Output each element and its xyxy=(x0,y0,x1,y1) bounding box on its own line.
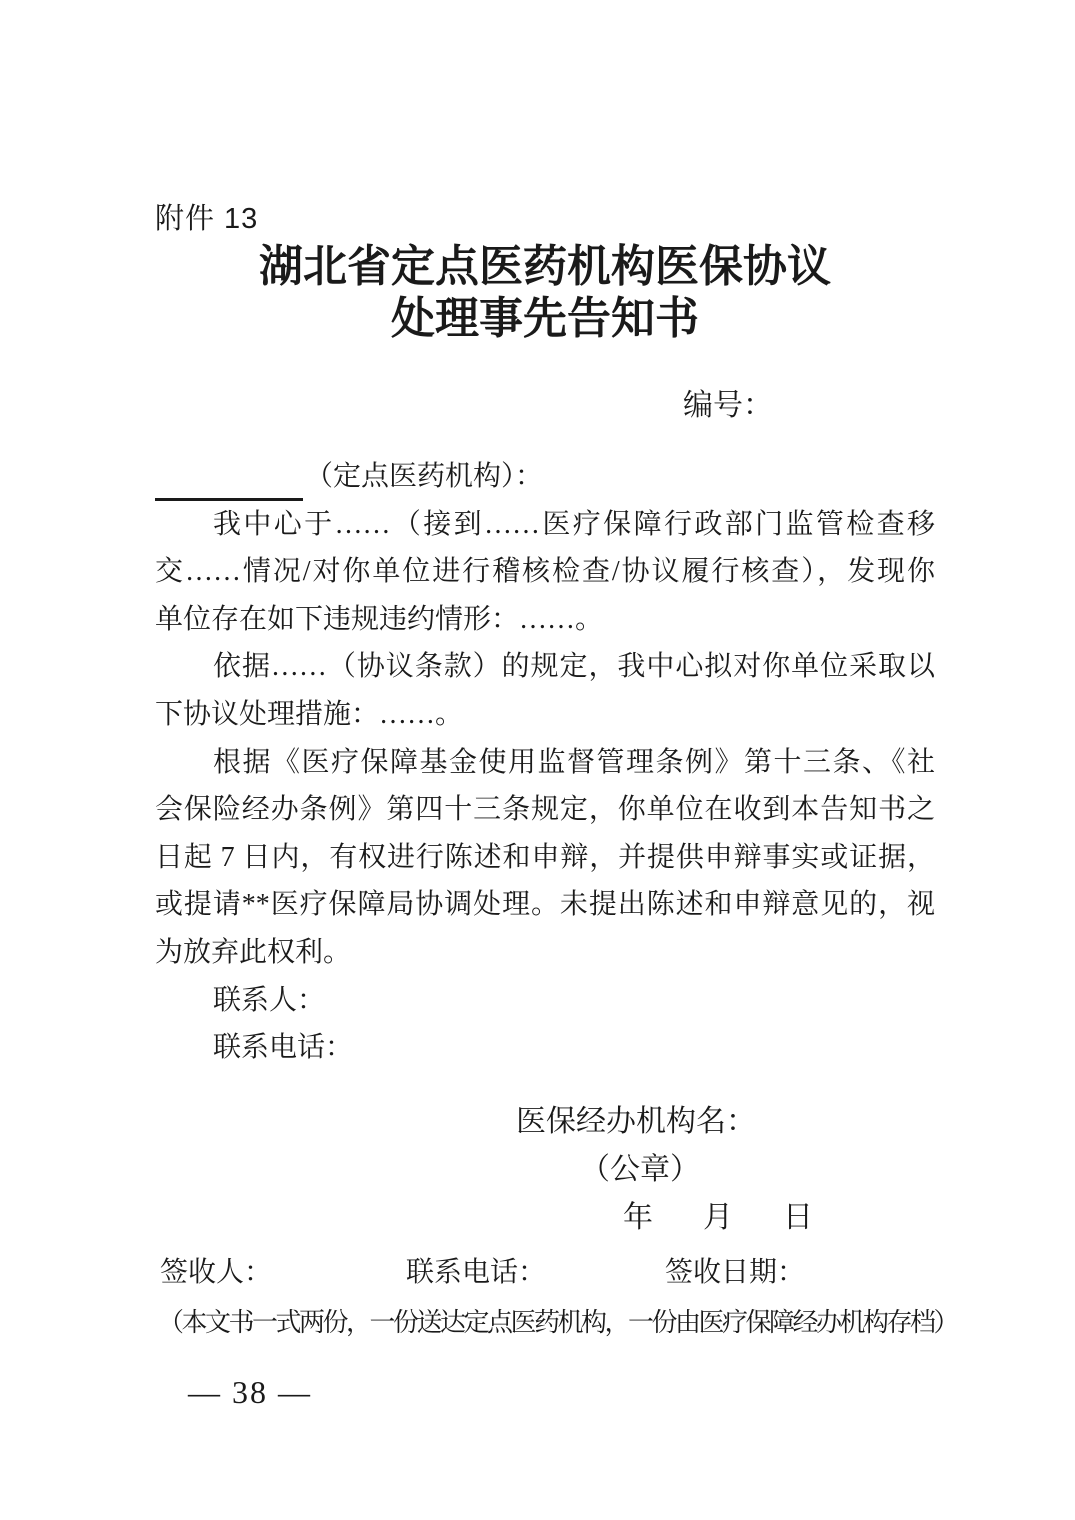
signature-date-year: 年 xyxy=(623,1192,653,1236)
body-line: 联系人： xyxy=(155,977,935,1025)
body-line: 为放弃此权利。 xyxy=(155,929,935,977)
document-page: 附件 13 湖北省定点医药机构医保协议 处理事先告知书 编号： （定点医药机构）… xyxy=(0,0,1075,1520)
body-line: 交……情况/对你单位进行稽核检查/协议履行核查），发现你 xyxy=(155,548,935,596)
signature-date-month: 月 xyxy=(703,1192,733,1236)
body-line: 单位存在如下违规违约情形：……。 xyxy=(155,596,935,644)
document-title: 湖北省定点医药机构医保协议 处理事先告知书 xyxy=(155,241,935,345)
page-number: — 38 — xyxy=(188,1374,312,1411)
document-number-label: 编号： xyxy=(683,380,773,424)
body-line: 我中心于……（接到……医疗保障行政部门监管检查移 xyxy=(155,501,935,549)
receipt-date-label: 签收日期： xyxy=(665,1250,805,1290)
receipt-row: 签收人： 联系电话： 签收日期： xyxy=(0,1250,1075,1292)
body-line: 联系电话： xyxy=(155,1024,935,1072)
signature-date-day: 日 xyxy=(783,1192,813,1236)
addressee-line: （定点医药机构）： xyxy=(155,453,935,501)
receipt-phone-label: 联系电话： xyxy=(406,1250,546,1290)
footnote: （本文书一式两份，一份送达定点医药机构，一份由医疗保障经办机构存档） xyxy=(158,1302,1018,1339)
document-title-line1: 湖北省定点医药机构医保协议 xyxy=(155,241,935,293)
body-line: 或提请**医疗保障局协调处理。未提出陈述和申辩意见的，视 xyxy=(155,881,935,929)
document-title-line2: 处理事先告知书 xyxy=(155,293,935,345)
body-line: 下协议处理措施：……。 xyxy=(155,691,935,739)
receipt-signer-label: 签收人： xyxy=(160,1250,272,1290)
attachment-label: 附件 13 xyxy=(155,196,258,237)
body-line: 会保险经办条例》第四十三条规定，你单位在收到本告知书之 xyxy=(155,786,935,834)
body-line: 依据……（协议条款）的规定，我中心拟对你单位采取以 xyxy=(155,643,935,691)
addressee-suffix: （定点医药机构）： xyxy=(305,461,543,492)
body-line: 根据《医疗保障基金使用监督管理条例》第十三条、《社 xyxy=(155,739,935,787)
signature-date-line: 年 月 日 xyxy=(623,1192,813,1236)
addressee-blank-underline xyxy=(155,464,303,501)
document-body: （定点医药机构）： 我中心于……（接到……医疗保障行政部门监管检查移交……情况/… xyxy=(155,453,935,1072)
signature-seal-label: （公章） xyxy=(580,1144,700,1188)
signature-agency-label: 医保经办机构名： xyxy=(516,1096,756,1140)
body-lines: 我中心于……（接到……医疗保障行政部门监管检查移交……情况/对你单位进行稽核检查… xyxy=(155,501,935,1072)
body-line: 日起 7 日内，有权进行陈述和申辩，并提供申辩事实或证据， xyxy=(155,834,935,882)
